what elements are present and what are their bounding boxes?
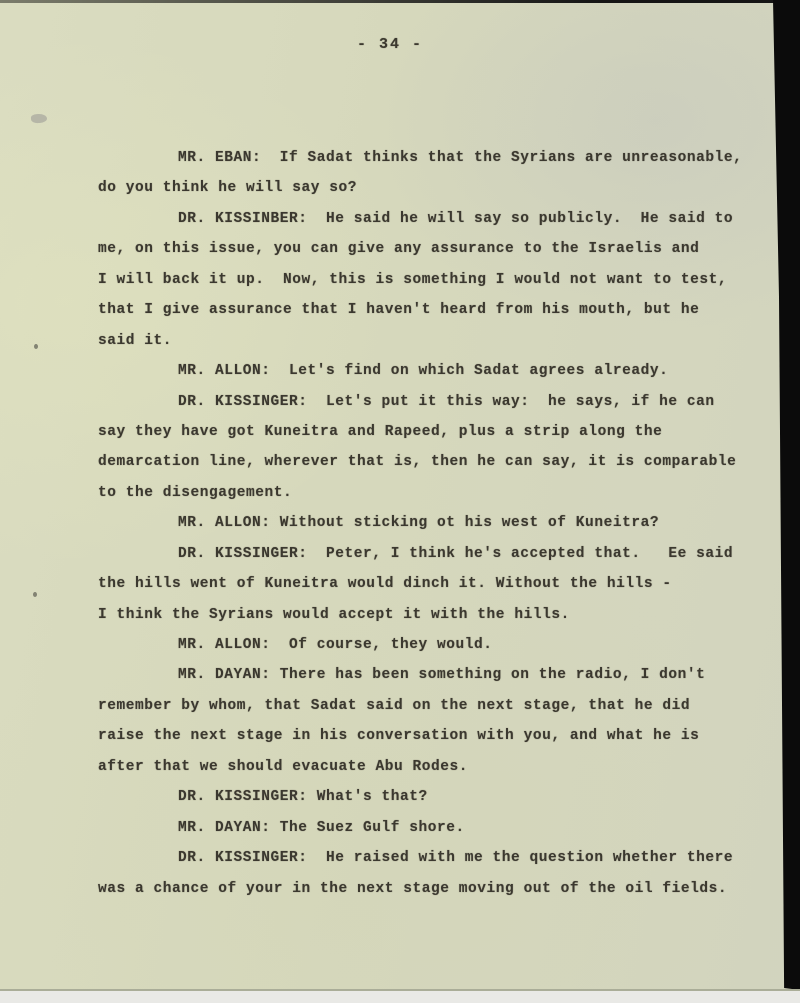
transcript: MR. EBAN: If Sadat thinks that the Syria… [98, 143, 766, 904]
transcript-line: MR. ALLON: Without sticking ot his west … [98, 508, 766, 538]
transcript-line: do you think he will say so? [98, 173, 766, 203]
transcript-line: DR. KISSINGER: Let's put it this way: he… [98, 387, 766, 417]
transcript-line: that I give assurance that I haven't hea… [98, 295, 766, 325]
transcript-line: MR. DAYAN: There has been something on t… [98, 660, 766, 690]
transcript-line: MR. DAYAN: The Suez Gulf shore. [98, 813, 766, 843]
transcript-line: demarcation line, wherever that is, then… [98, 447, 766, 477]
scan-right-edge-shadow [770, 0, 800, 990]
transcript-line: after that we should evacuate Abu Rodes. [98, 752, 766, 782]
transcript-line: raise the next stage in his conversation… [98, 721, 766, 751]
transcript-line: said it. [98, 326, 766, 356]
transcript-line: DR. KISSINGER: He raised with me the que… [98, 843, 766, 873]
transcript-line: I will back it up. Now, this is somethin… [98, 265, 766, 295]
transcript-line: to the disengagement. [98, 478, 766, 508]
smudge-mark [31, 113, 48, 123]
transcript-line: DR. KISSINGER: What's that? [98, 782, 766, 812]
transcript-line: DR. KISSINBER: He said he will say so pu… [98, 204, 766, 234]
transcript-line: DR. KISSINGER: Peter, I think he's accep… [98, 539, 766, 569]
ink-speck [33, 592, 37, 597]
ink-speck [34, 344, 38, 349]
transcript-line: MR. ALLON: Let's find on which Sadat agr… [98, 356, 766, 386]
scan-top-edge-shadow [0, 0, 800, 3]
transcript-line: remember by whom, that Sadat said on the… [98, 691, 766, 721]
transcript-line: the hills went of Kuneitra would dinch i… [98, 569, 766, 599]
transcript-line: say they have got Kuneitra and Rapeed, p… [98, 417, 766, 447]
transcript-line: MR. EBAN: If Sadat thinks that the Syria… [98, 143, 766, 173]
scanned-document-page: - 34 - MR. EBAN: If Sadat thinks that th… [0, 0, 800, 1003]
transcript-line: was a chance of your in the next stage m… [98, 874, 766, 904]
page-number: - 34 - [0, 36, 780, 53]
scanner-bed-strip [0, 989, 800, 1003]
transcript-line: me, on this issue, you can give any assu… [98, 234, 766, 264]
transcript-line: MR. ALLON: Of course, they would. [98, 630, 766, 660]
transcript-line: I think the Syrians would accept it with… [98, 600, 766, 630]
